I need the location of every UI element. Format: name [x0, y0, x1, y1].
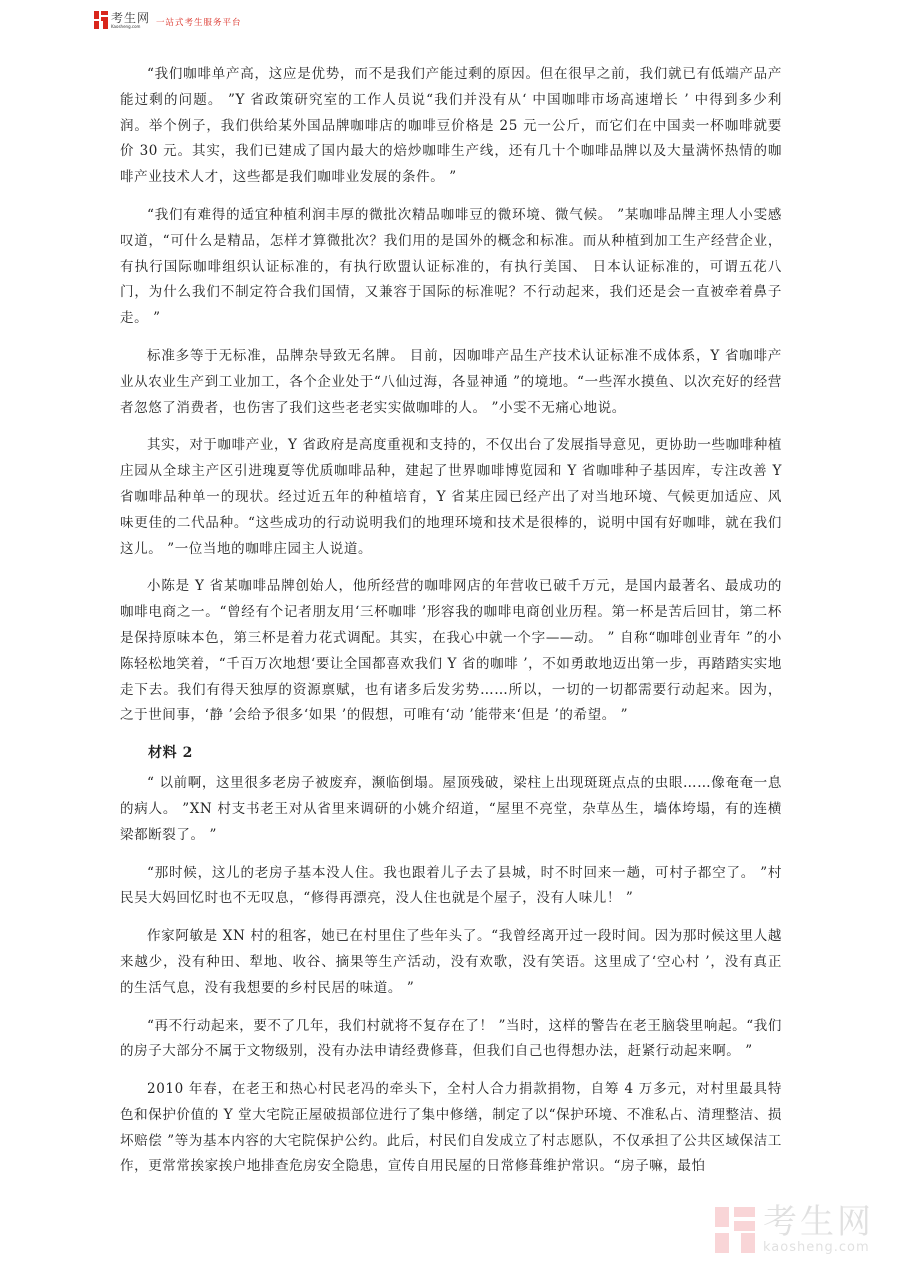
paragraph: “ 以前啊，这里很多老房子被废弃，濒临倒塌。屋顶残破，梁柱上出现斑斑点点的虫眼……: [120, 771, 782, 848]
watermark-wordmark: 考生网 kaosheng.com: [763, 1205, 874, 1254]
paragraph: 标准多等于无标准，品牌杂导致无名牌。 目前，因咖啡产品生产技术认证标准不成体系，…: [120, 344, 782, 421]
watermark-en: kaosheng.com: [763, 1241, 874, 1254]
site-header: 考生网 Kaosheng.com 一站式考生服务平台: [94, 8, 242, 32]
watermark-logo: 考生网 kaosheng.com: [715, 1205, 874, 1254]
paragraph: “那时候，这儿的老房子基本没人住。我也跟着儿子去了县城，时不时回来一趟，可村子都…: [120, 861, 782, 913]
paragraph: “我们咖啡单产高，这应是优势，而不是我们产能过剩的原因。但在很早之前，我们就已有…: [120, 62, 782, 191]
logo-en: Kaosheng.com: [111, 25, 150, 29]
watermark-logo-icon: [715, 1207, 755, 1253]
paragraph: 小陈是 Y 省某咖啡品牌创始人，他所经营的咖啡网店的年营收已破千万元，是国内最著…: [120, 574, 782, 729]
section-heading: 材料 2: [120, 741, 782, 765]
paragraph: 其实，对于咖啡产业，Y 省政府是高度重视和支持的，不仅出台了发展指导意见，更协助…: [120, 433, 782, 562]
paragraph: “再不行动起来，要不了几年，我们村就将不复存在了！ ”当时，这样的警告在老王脑袋…: [120, 1014, 782, 1066]
site-slogan: 一站式考生服务平台: [156, 16, 242, 28]
paragraph: “我们有难得的适宜种植利润丰厚的微批次精品咖啡豆的微环境、微气候。 ”某咖啡品牌…: [120, 203, 782, 332]
paragraph: 2010 年春，在老王和热心村民老冯的牵头下，全村人合力捐款捐物，自筹 4 万多…: [120, 1077, 782, 1180]
document-body: “我们咖啡单产高，这应是优势，而不是我们产能过剩的原因。但在很早之前，我们就已有…: [120, 62, 782, 1192]
kaosheng-logo-icon: [94, 11, 108, 29]
paragraph: 作家阿敏是 XN 村的租客，她已在村里住了些年头了。“我曾经离开过一段时间。因为…: [120, 924, 782, 1001]
logo-cn: 考生网: [111, 12, 150, 24]
watermark-cn: 考生网: [763, 1205, 874, 1239]
logo-wordmark: 考生网 Kaosheng.com: [111, 12, 150, 29]
